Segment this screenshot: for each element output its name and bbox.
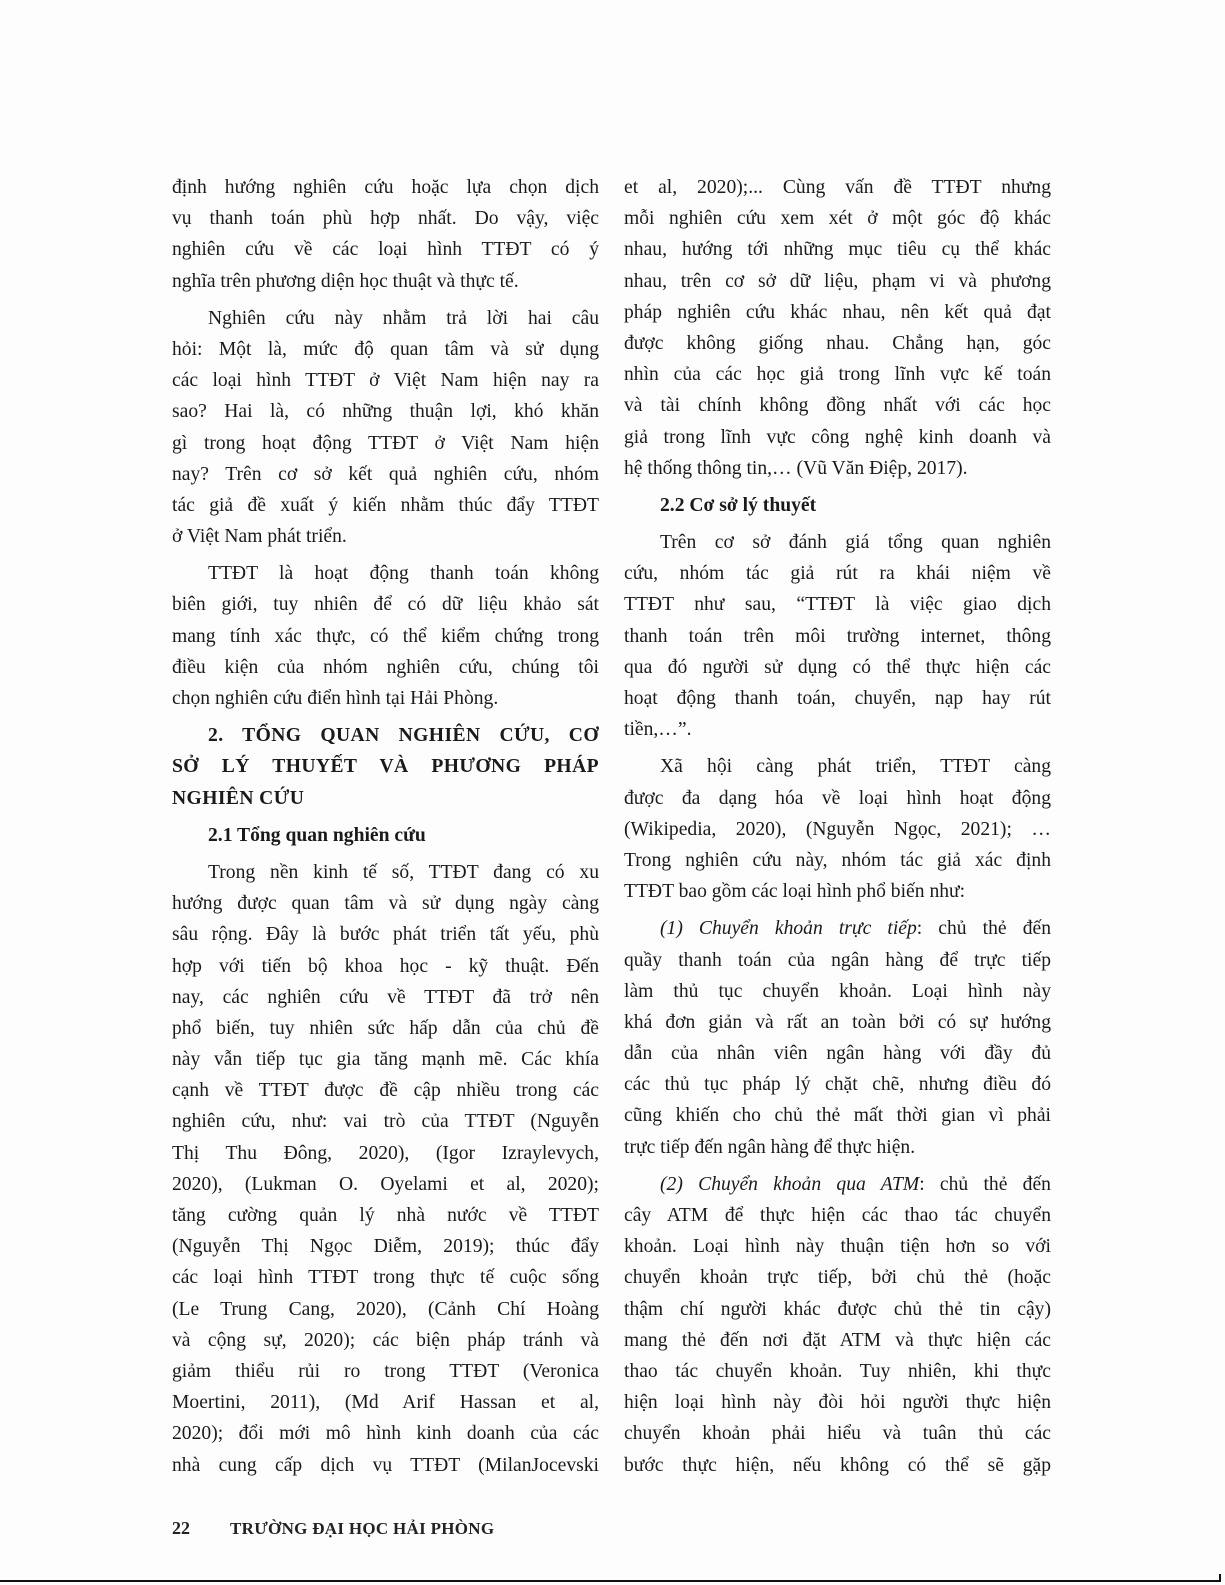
list-item-2-line: (2) Chuyển khoản qua ATM: chủ thẻ đến <box>624 1169 1051 1200</box>
body-line: Trong nền kinh tế số, TTĐT đang có xu <box>172 857 599 888</box>
list-item-2-text: : chủ thẻ đến <box>919 1174 1051 1195</box>
body-line: các thủ tục pháp lý chặt chẽ, nhưng điều… <box>624 1069 1051 1100</box>
body-line: làm thủ tục chuyển khoản. Loại hình này <box>624 976 1051 1007</box>
body-line: chuyển khoản phải hiểu và tuân thủ các <box>624 1418 1051 1449</box>
body-line: hỏi: Một là, mức độ quan tâm và sử dụng <box>172 334 599 365</box>
page-number: 22 <box>172 1513 230 1543</box>
body-line: 2020), (Lukman O. Oyelami et al, 2020); <box>172 1169 599 1200</box>
page-footer: 22TRƯỜNG ĐẠI HỌC HẢI PHÒNG <box>172 1513 494 1543</box>
body-line: nay, các nghiên cứu về TTĐT đã trở nên <box>172 982 599 1013</box>
body-line: sâu rộng. Đây là bước phát triển tất yếu… <box>172 919 599 950</box>
body-line: hợp với tiến bộ khoa học - kỹ thuật. Đến <box>172 951 599 982</box>
body-line: TTĐT là hoạt động thanh toán không <box>172 558 599 589</box>
body-line: (Le Trung Cang, 2020), (Cảnh Chí Hoàng <box>172 1294 599 1325</box>
subsection-heading: 2.2 Cơ sở lý thuyết <box>624 490 1051 521</box>
body-line: Thị Thu Đông, 2020), (Igor Izraylevych, <box>172 1138 599 1169</box>
body-line: nghiên cứu về các loại hình TTĐT có ý <box>172 234 599 265</box>
body-line: et al, 2020);... Cùng vấn đề TTĐT nhưng <box>624 172 1051 203</box>
body-line: chọn nghiên cứu điển hình tại Hải Phòng. <box>172 683 599 714</box>
body-line: điều kiện của nhóm nghiên cứu, chúng tôi <box>172 652 599 683</box>
body-line: vụ thanh toán phù hợp nhất. Do vậy, việc <box>172 203 599 234</box>
body-line: pháp nghiên cứu khác nhau, nên kết quả đ… <box>624 297 1051 328</box>
body-line: thậm chí người khác được chủ thẻ tin cậy… <box>624 1294 1051 1325</box>
body-line: các loại hình TTĐT trong thực tế cuộc số… <box>172 1262 599 1293</box>
section-heading: SỞ LÝ THUYẾT VÀ PHƯƠNG PHÁP <box>172 751 599 782</box>
body-line: mỗi nghiên cứu xem xét ở một góc độ khác <box>624 203 1051 234</box>
body-line: hệ thống thông tin,… (Vũ Văn Điệp, 2017)… <box>624 453 1051 484</box>
bottom-rule-tick <box>1219 1574 1221 1582</box>
body-line: qua đó người sử dụng có thể thực hiện cá… <box>624 652 1051 683</box>
body-line: ở Việt Nam phát triển. <box>172 521 599 552</box>
body-line: định hướng nghiên cứu hoặc lựa chọn dịch <box>172 172 599 203</box>
body-line: nhau, trên cơ sở dữ liệu, phạm vi và phư… <box>624 266 1051 297</box>
body-line: nhà cung cấp dịch vụ TTĐT (MilanJocevski <box>172 1450 599 1481</box>
body-line: nay? Trên cơ sở kết quả nghiên cứu, nhóm <box>172 459 599 490</box>
body-line: chuyển khoản trực tiếp, bởi chủ thẻ (hoặ… <box>624 1262 1051 1293</box>
body-line: Nghiên cứu này nhằm trả lời hai câu <box>172 303 599 334</box>
body-line: các loại hình TTĐT ở Việt Nam hiện nay r… <box>172 365 599 396</box>
body-line: biên giới, tuy nhiên để có dữ liệu khảo … <box>172 589 599 620</box>
body-line: Xã hội càng phát triển, TTĐT càng <box>624 751 1051 782</box>
body-line: giảm thiểu rủi ro trong TTĐT (Veronica <box>172 1356 599 1387</box>
body-line: thao tác chuyển khoản. Tuy nhiên, khi th… <box>624 1356 1051 1387</box>
body-line: và cộng sự, 2020); các biện pháp tránh v… <box>172 1325 599 1356</box>
body-line: hiện loại hình này đòi hỏi người thực hi… <box>624 1387 1051 1418</box>
body-line: khoản. Loại hình này thuận tiện hơn so v… <box>624 1231 1051 1262</box>
subsection-heading: 2.1 Tổng quan nghiên cứu <box>172 820 599 851</box>
list-item-1-text: : chủ thẻ đến <box>917 918 1051 939</box>
body-line: gì trong hoạt động TTĐT ở Việt Nam hiện <box>172 428 599 459</box>
left-column: định hướng nghiên cứu hoặc lựa chọn dịch… <box>172 172 599 1481</box>
section-heading: NGHIÊN CỨU <box>172 783 599 814</box>
journal-name: TRƯỜNG ĐẠI HỌC HẢI PHÒNG <box>230 1519 494 1538</box>
list-item-1-term: (1) Chuyển khoản trực tiếp <box>660 918 917 939</box>
body-line: Moertini, 2011), (Md Arif Hassan et al, <box>172 1387 599 1418</box>
body-line: phổ biến, tuy nhiên sức hấp dẫn của chủ … <box>172 1013 599 1044</box>
body-line: trực tiếp đến ngân hàng để thực hiện. <box>624 1132 1051 1163</box>
body-line: và tài chính không đồng nhất với các học <box>624 390 1051 421</box>
body-line: cũng khiến cho chủ thẻ mất thời gian vì … <box>624 1100 1051 1131</box>
body-line: cây ATM để thực hiện các thao tác chuyển <box>624 1200 1051 1231</box>
body-line: quầy thanh toán của ngân hàng để trực ti… <box>624 945 1051 976</box>
body-line: (Nguyễn Thị Ngọc Diễm, 2019); thúc đẩy <box>172 1231 599 1262</box>
body-line: được đa dạng hóa về loại hình hoạt động <box>624 783 1051 814</box>
body-line: 2020); đổi mới mô hình kinh doanh của cá… <box>172 1418 599 1449</box>
body-line: dẫn của nhân viên ngân hàng với đầy đủ <box>624 1038 1051 1069</box>
body-line: tiền,…”. <box>624 714 1051 745</box>
section-heading: 2. TỔNG QUAN NGHIÊN CỨU, CƠ <box>172 720 599 751</box>
body-line: tác giả đề xuất ý kiến nhằm thúc đẩy TTĐ… <box>172 490 599 521</box>
body-line: thanh toán trên môi trường internet, thô… <box>624 621 1051 652</box>
body-line: TTĐT bao gồm các loại hình phổ biến như: <box>624 876 1051 907</box>
body-line: cứu, nhóm tác giả rút ra khái niệm về <box>624 558 1051 589</box>
body-line: giả trong lĩnh vực công nghệ kinh doanh … <box>624 422 1051 453</box>
body-line: sao? Hai là, có những thuận lợi, khó khă… <box>172 396 599 427</box>
body-line: tăng cường quản lý nhà nước về TTĐT <box>172 1200 599 1231</box>
body-line: nhau, hướng tới những mục tiêu cụ thể kh… <box>624 234 1051 265</box>
body-line: TTĐT như sau, “TTĐT là việc giao dịch <box>624 589 1051 620</box>
body-line: mang tính xác thực, có thể kiểm chứng tr… <box>172 621 599 652</box>
body-line: bước thực hiện, nếu không có thể sẽ gặp <box>624 1450 1051 1481</box>
body-line: được không giống nhau. Chẳng hạn, góc <box>624 328 1051 359</box>
body-line: (Wikipedia, 2020), (Nguyễn Ngọc, 2021); … <box>624 814 1051 845</box>
bottom-rule-divider <box>0 1580 1220 1582</box>
list-item-1-line: (1) Chuyển khoản trực tiếp: chủ thẻ đến <box>624 913 1051 944</box>
body-line: này vẫn tiếp tục gia tăng mạnh mẽ. Các k… <box>172 1044 599 1075</box>
body-line: hoạt động thanh toán, chuyển, nạp hay rú… <box>624 683 1051 714</box>
body-line: hướng được quan tâm và sử dụng ngày càng <box>172 888 599 919</box>
body-line: nghĩa trên phương diện học thuật và thực… <box>172 266 599 297</box>
body-line: mang thẻ đến nơi đặt ATM và thực hiện cá… <box>624 1325 1051 1356</box>
body-line: Trong nghiên cứu này, nhóm tác giả xác đ… <box>624 845 1051 876</box>
body-line: khá đơn giản và rất an toàn bởi có sự hư… <box>624 1007 1051 1038</box>
body-line: Trên cơ sở đánh giá tổng quan nghiên <box>624 527 1051 558</box>
body-line: nghiên cứu, như: vai trò của TTĐT (Nguyễ… <box>172 1106 599 1137</box>
document-page: định hướng nghiên cứu hoặc lựa chọn dịch… <box>0 0 1225 1585</box>
right-column: et al, 2020);... Cùng vấn đề TTĐT nhưng … <box>624 172 1051 1481</box>
list-item-2-term: (2) Chuyển khoản qua ATM <box>660 1174 919 1195</box>
body-line: cạnh về TTĐT được đề cập nhiều trong các <box>172 1075 599 1106</box>
body-line: nhìn của các học giả trong lĩnh vực kế t… <box>624 359 1051 390</box>
